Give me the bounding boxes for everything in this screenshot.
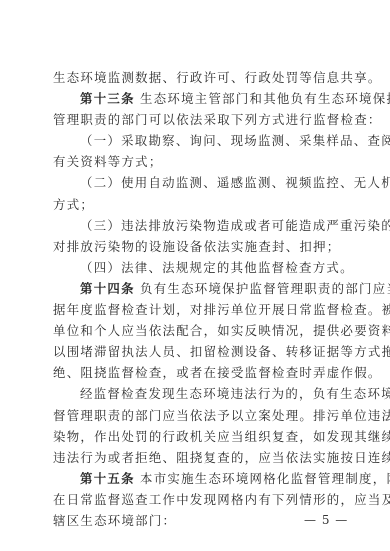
text-line: 督管理职责的部门应当依法予以立案处理。排污单位违法排放污 <box>53 405 345 426</box>
text-line: 违法行为或者拒绝、阻挠复查的，应当依法实施按日连续处罚。 <box>53 447 345 468</box>
page-number: — 5 — <box>304 513 348 527</box>
text-line: 单位和个人应当依法配合，如实反映情况，提供必要资料。不得 <box>53 320 345 341</box>
article-heading: 第十三条 <box>80 91 135 106</box>
article-heading: 第十五条 <box>80 471 135 486</box>
text-line: 对排放污染物的设施设备依法实施查封、扣押； <box>53 236 345 257</box>
text-line: （二）使用自动监测、遥感监测、视频监控、无人机巡查等 <box>53 172 345 193</box>
text-line: 经监督检查发现生态环境违法行为的，负有生态环境保护监 <box>53 383 345 404</box>
text-line: 管理职责的部门可以依法采取下列方式进行监督检查： <box>53 109 345 130</box>
text-line: （三）违法排放污染物造成或者可能造成严重污染的，可以 <box>53 215 345 236</box>
article-text: 本市实施生态环境网格化监督管理制度，网格员 <box>135 471 390 486</box>
text-line: 绝、阻挠监督检查，或者在接受监督检查时弄虚作假。 <box>53 362 345 383</box>
text-line: 据年度监督检查计划，对排污单位开展日常监督检查。被检查的 <box>53 299 345 320</box>
article-heading: 第十四条 <box>80 281 135 296</box>
article-text: 负有生态环境保护监督管理职责的部门应当根 <box>135 281 390 296</box>
text-line: （一）采取勘察、询问、现场监测、采集样品、查阅和复制 <box>53 130 345 151</box>
text-line: 有关资料等方式； <box>53 151 345 172</box>
document-body: 生态环境监测数据、行政许可、行政处罚等信息共享。 第十三条 生态环境主管部门和其… <box>53 67 345 531</box>
text-line: （四）法律、法规规定的其他监督检查方式。 <box>53 257 345 278</box>
article-14-line: 第十四条 负有生态环境保护监督管理职责的部门应当根 <box>53 278 345 299</box>
text-line: 在日常监督巡查工作中发现网格内有下列情形的，应当及时报送 <box>53 489 345 510</box>
text-line: 染物，作出处罚的行政机关应当组织复查，如发现其继续实施该 <box>53 426 345 447</box>
text-line: 辖区生态环境部门： <box>53 510 345 531</box>
article-text: 生态环境主管部门和其他负有生态环境保护监督 <box>135 91 390 106</box>
text-line: 生态环境监测数据、行政许可、行政处罚等信息共享。 <box>53 67 345 88</box>
text-line: 方式； <box>53 194 345 215</box>
article-15-line: 第十五条 本市实施生态环境网格化监督管理制度，网格员 <box>53 468 345 489</box>
article-13-line: 第十三条 生态环境主管部门和其他负有生态环境保护监督 <box>53 88 345 109</box>
text-line: 以围堵滞留执法人员、扣留检测设备、转移证据等方式拖延、拒 <box>53 341 345 362</box>
